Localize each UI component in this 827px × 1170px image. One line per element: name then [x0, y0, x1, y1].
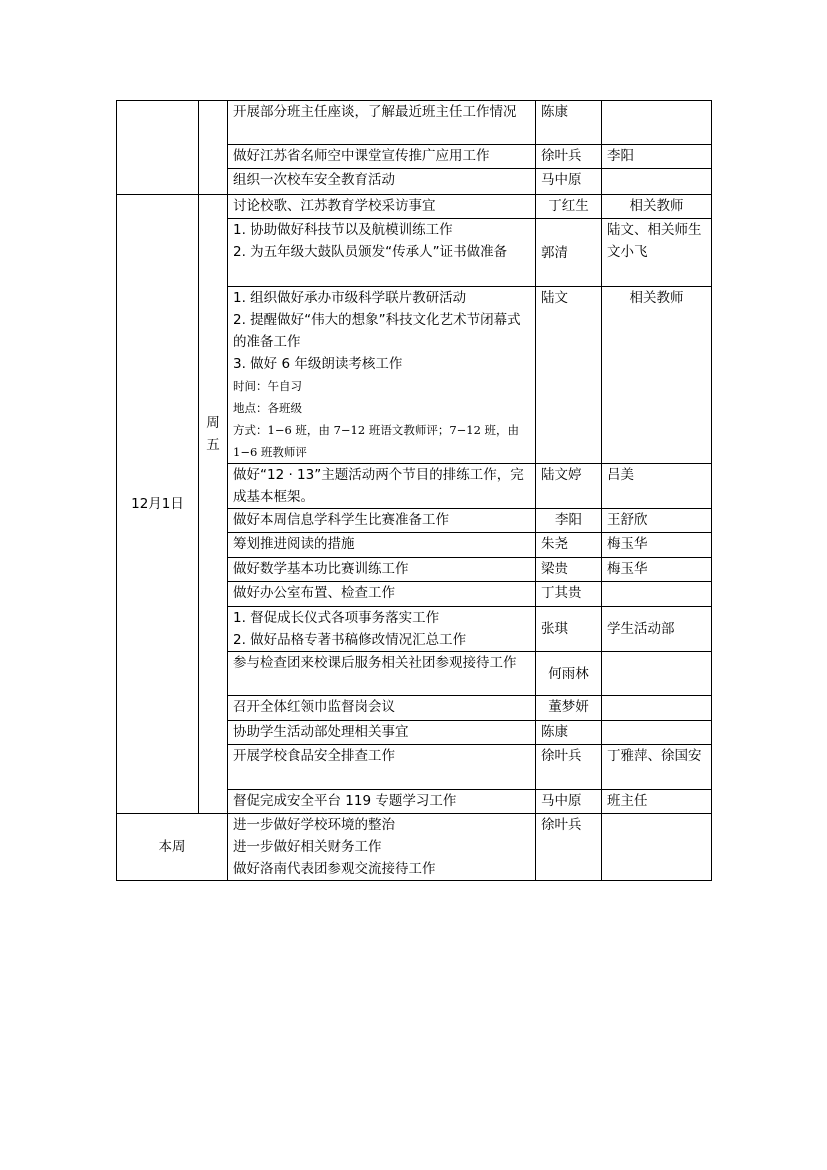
task-cell: 督促完成安全平台 119 专题学习工作 [228, 790, 536, 814]
assist-cell [602, 696, 712, 721]
week-label-cell: 本周 [117, 814, 228, 881]
assist-cell: 王舒欣 [602, 509, 712, 533]
assist-cell [602, 582, 712, 607]
weekday-label: 周五 [204, 412, 222, 456]
task-cell: 做好“12 · 13”主题活动两个节目的排练工作，完成基本框架。 [228, 464, 536, 509]
task-cell: 1. 督促成长仪式各项事务落实工作 2. 做好品格专著书稿修改情况汇总工作 [228, 607, 536, 652]
task-cell: 做好办公室布置、检查工作 [228, 582, 536, 607]
task-cell: 开展学校食品安全排查工作 [228, 745, 536, 790]
assist-cell: 陆文、相关师生 文小飞 [602, 219, 712, 287]
owner-cell: 陆文婷 [536, 464, 602, 509]
owner-cell: 陆文 [536, 287, 602, 464]
date-cell: 12月1日 [117, 195, 199, 814]
table-row: 本周 进一步做好学校环境的整治 进一步做好相关财务工作 做好洛南代表团参观交流接… [117, 814, 712, 881]
task-cell: 筹划推进阅读的措施 [228, 533, 536, 558]
date-cell [117, 101, 199, 195]
assist-cell [602, 169, 712, 195]
owner-cell: 何雨林 [536, 652, 602, 696]
assist-cell [602, 101, 712, 145]
owner-cell: 张琪 [536, 607, 602, 652]
owner-cell: 丁红生 [536, 195, 602, 219]
task-cell: 协助学生活动部处理相关事宜 [228, 721, 536, 745]
day-cell: 周五 [199, 195, 228, 814]
task-cell: 做好本周信息学科学生比赛准备工作 [228, 509, 536, 533]
assist-cell [602, 814, 712, 881]
task-cell: 1. 组织做好承办市级科学联片教研活动 2. 提醒做好“伟大的想象”科技文化艺术… [228, 287, 536, 464]
task-cell: 讨论校歌、江苏教育学校采访事宜 [228, 195, 536, 219]
assist-cell [602, 721, 712, 745]
date-label: 12月1日 [131, 496, 184, 512]
owner-cell: 徐叶兵 [536, 745, 602, 790]
task-cell: 进一步做好学校环境的整治 进一步做好相关财务工作 做好洛南代表团参观交流接待工作 [228, 814, 536, 881]
owner-cell: 马中原 [536, 790, 602, 814]
assist-cell: 学生活动部 [602, 607, 712, 652]
work-schedule-table: 开展部分班主任座谈，了解最近班主任工作情况 陈康 做好江苏省名师空中课堂宣传推广… [116, 100, 712, 881]
owner-cell: 梁贵 [536, 558, 602, 582]
task-cell: 召开全体红领巾监督岗会议 [228, 696, 536, 721]
assist-cell: 李阳 [602, 145, 712, 169]
assist-cell: 相关教师 [602, 287, 712, 464]
assist-cell: 班主任 [602, 790, 712, 814]
owner-cell: 陈康 [536, 101, 602, 145]
assist-cell: 丁雅萍、徐国安 [602, 745, 712, 790]
assist-cell: 相关教师 [602, 195, 712, 219]
assist-cell [602, 652, 712, 696]
task-cell: 1. 协助做好科技节以及航模训练工作 2. 为五年级大鼓队员颁发“传承人”证书做… [228, 219, 536, 287]
table-row: 12月1日 周五 讨论校歌、江苏教育学校采访事宜 丁红生 相关教师 [117, 195, 712, 219]
assist-cell: 梅玉华 [602, 533, 712, 558]
owner-cell: 董梦妍 [536, 696, 602, 721]
owner-cell: 陈康 [536, 721, 602, 745]
task-cell: 做好数学基本功比赛训练工作 [228, 558, 536, 582]
day-cell [199, 101, 228, 195]
owner-cell: 徐叶兵 [536, 145, 602, 169]
task-cell: 开展部分班主任座谈，了解最近班主任工作情况 [228, 101, 536, 145]
owner-cell: 郭清 [536, 219, 602, 287]
assist-cell: 梅玉华 [602, 558, 712, 582]
owner-cell: 朱尧 [536, 533, 602, 558]
task-cell: 参与检查团来校课后服务相关社团参观接待工作 [228, 652, 536, 696]
task-cell: 做好江苏省名师空中课堂宣传推广应用工作 [228, 145, 536, 169]
assist-cell: 吕美 [602, 464, 712, 509]
owner-cell: 徐叶兵 [536, 814, 602, 881]
owner-cell: 丁其贵 [536, 582, 602, 607]
table-row: 开展部分班主任座谈，了解最近班主任工作情况 陈康 [117, 101, 712, 145]
task-cell: 组织一次校车安全教育活动 [228, 169, 536, 195]
owner-cell: 马中原 [536, 169, 602, 195]
owner-cell: 李阳 [536, 509, 602, 533]
